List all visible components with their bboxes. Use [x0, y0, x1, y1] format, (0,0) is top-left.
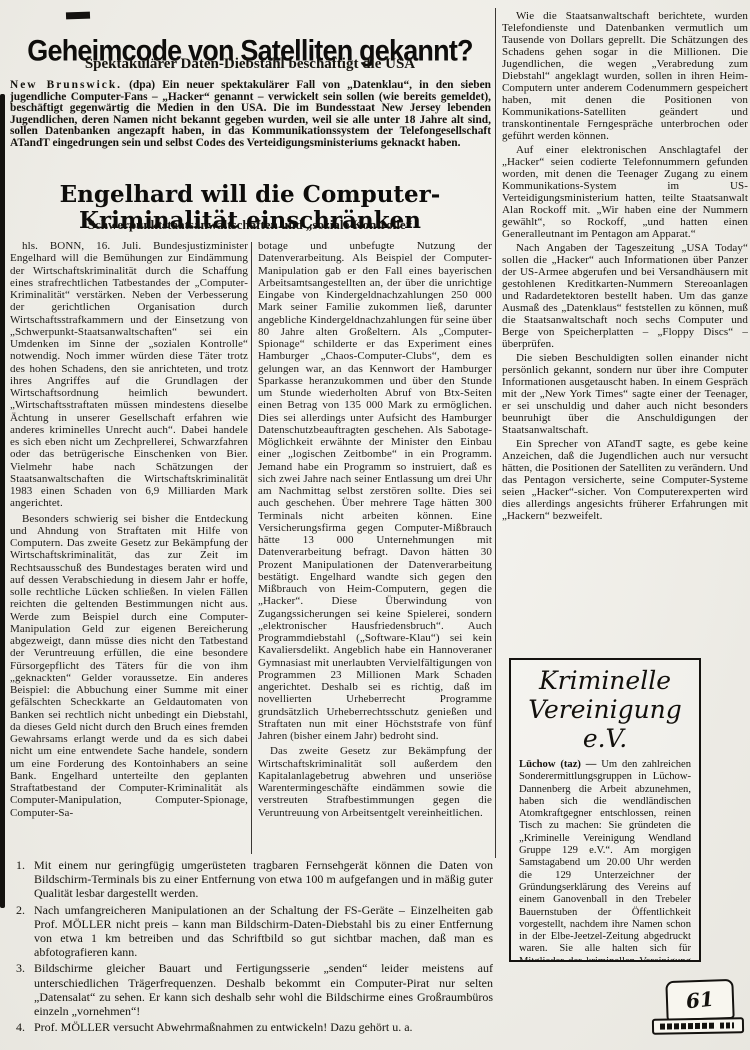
- article-paragraph: Das zweite Gesetz zur Bekämpfung der Wir…: [258, 745, 492, 819]
- boxed-article: Kriminelle Vereinigung e.V. Lüchow (taz)…: [509, 658, 701, 962]
- article-column-2: botage und unbefugte Nutzung der Datenve…: [258, 240, 492, 858]
- newspaper-page: Geheimcode von Satelliten gekannt? Spekt…: [0, 0, 750, 1050]
- list-item: 2. Nach umfangreicheren Manipulationen a…: [10, 903, 493, 960]
- page-subtitle: Spektakulärer Daten-Diebstahl beschäftig…: [8, 56, 492, 73]
- boxed-article-title: Kriminelle Vereinigung e.V.: [519, 666, 691, 753]
- boxed-article-text: Um den zahlreichen Sonderermittlungsgrup…: [519, 759, 691, 962]
- lead-paragraph: New Brunswick. (dpa) Ein neuer spektakul…: [10, 80, 491, 162]
- article-subhead: Schwerpunktstaatsanwaltschaften und „soz…: [8, 217, 492, 233]
- list-item: 1. Mit einem nur geringfügig umgerüstete…: [10, 858, 493, 901]
- article-paragraph: Nach Angaben der Tageszeitung „USA Today…: [502, 242, 748, 350]
- lead-text: (dpa) Ein neuer spektakulärer Fall von „…: [10, 80, 491, 149]
- list-item-number: 2.: [10, 903, 34, 960]
- lead-dateline: New Brunswick.: [10, 80, 122, 91]
- article-paragraph: Besonders schwierig sei bisher die Entde…: [10, 513, 248, 819]
- column-rule: [495, 8, 496, 858]
- scan-artifact-mark: [66, 12, 90, 20]
- list-item-text: Bildschirme gleicher Bauart und Fertigun…: [34, 961, 493, 1018]
- terminal-icon: 61: [652, 980, 748, 1042]
- article-paragraph: Wie die Staatsanwaltschaft berichtete, w…: [502, 10, 748, 142]
- numbered-list: 1. Mit einem nur geringfügig umgerüstete…: [10, 858, 493, 1040]
- article-paragraph: botage und unbefugte Nutzung der Datenve…: [258, 240, 492, 742]
- terminal-screen-icon: 61: [665, 979, 734, 1021]
- boxed-article-body: Lüchow (taz) — Um den zahlreichen Sonder…: [519, 759, 691, 962]
- list-item: 3. Bildschirme gleicher Bauart und Ferti…: [10, 961, 493, 1018]
- list-item-text: Prof. MÖLLER versucht Abwehrmaßnahmen zu…: [34, 1020, 493, 1034]
- continuation-column: Wie die Staatsanwaltschaft berichtete, w…: [502, 10, 748, 614]
- page-number: 61: [685, 987, 715, 1014]
- list-item: 4. Prof. MÖLLER versucht Abwehrmaßnahmen…: [10, 1020, 493, 1034]
- terminal-keyboard-icon: [652, 1017, 744, 1035]
- list-item-number: 3.: [10, 961, 34, 1018]
- article-paragraph: Ein Sprecher von ATandT sagte, es gebe k…: [502, 438, 748, 522]
- column-rule: [251, 242, 252, 854]
- scan-edge-bar: [0, 94, 5, 908]
- article-paragraph: hls. BONN, 16. Juli. Bundesjustizministe…: [10, 240, 248, 510]
- list-item-text: Mit einem nur geringfügig umgerüsteten t…: [34, 858, 493, 901]
- list-item-number: 4.: [10, 1020, 34, 1034]
- article-paragraph: Die sieben Beschuldigten sollen einander…: [502, 352, 748, 436]
- boxed-article-dateline: Lüchow (taz) —: [519, 759, 596, 770]
- list-item-number: 1.: [10, 858, 34, 901]
- article-column-1: hls. BONN, 16. Juli. Bundesjustizministe…: [10, 240, 248, 858]
- article-paragraph: Auf einer elektronischen Anschlagtafel d…: [502, 144, 748, 240]
- list-item-text: Nach umfangreicheren Manipulationen an d…: [34, 903, 493, 960]
